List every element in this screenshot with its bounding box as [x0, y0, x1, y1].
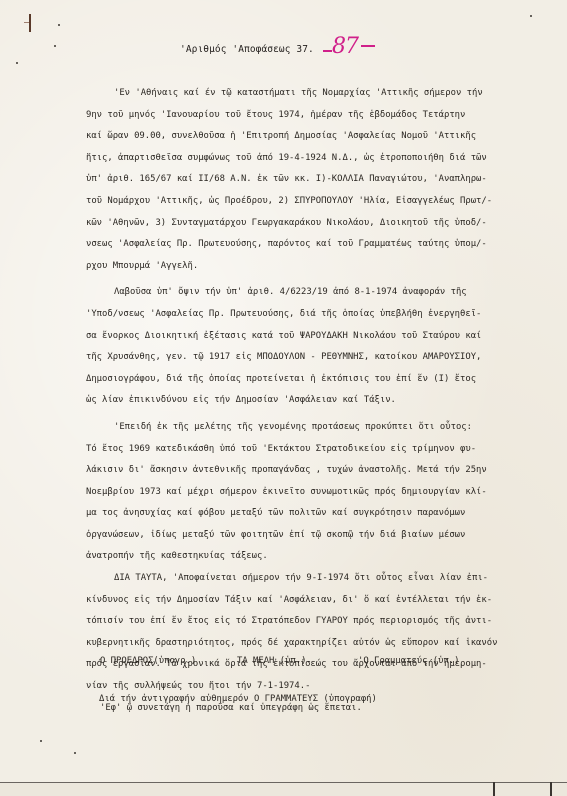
- text-line: ρχου Μπουρμά 'Αγγελῆ.: [86, 256, 526, 278]
- copy-certification: Διά τήν ἀντιγραφήν αὐθημερόν Ο ΓΡΑΜΜΑΤΕΥ…: [99, 694, 377, 704]
- decision-body: 'Εν 'Αθήναις καί έν τῷ καταστήματι τῆς Ν…: [86, 83, 526, 719]
- corner-pen-mark: [29, 14, 31, 32]
- text-line: σα ἔνορκος Διοικητική ἐξέτασις κατά τοῦ …: [86, 326, 526, 348]
- decision-number-title: 'Αριθμός 'Αποφάσεως 37.: [180, 44, 314, 55]
- text-line: κῶν 'Αθηνῶν, 3) Συνταγματάρχου Γεωργακαρ…: [86, 213, 526, 235]
- text-line: Νοεμβρίου 1973 καί μέχρι σήμερον ἐκινεῖτ…: [86, 482, 526, 504]
- ink-speck: [54, 45, 56, 47]
- text-line: λάκισιν δι' ἄσκησιν ἀντεθνικῆς προπαγάνδ…: [86, 460, 526, 482]
- text-line: ΔΙΑ ΤΑΥΤΑ, 'Αποφαίνεται σήμερον τήν 9-Ι-…: [86, 568, 526, 590]
- text-line: τοῦ Νομάρχου 'Αττικῆς, ὡς Προέδρου, 2) Σ…: [86, 191, 526, 213]
- ink-speck: [40, 740, 42, 742]
- handwritten-dash: [323, 50, 332, 52]
- text-line: Λαβοῦσα ὑπ' ὄψιν τήν ὑπ' ἀριθ. 4/6223/19…: [86, 282, 526, 304]
- signature-secretary: 'Ο Γραμματεύς (ὑπ.): [358, 656, 460, 666]
- text-line: κυβερνητικῆς δραστηριότητος, πρός δέ χαρ…: [86, 633, 526, 655]
- text-line: Τό ἔτος 1969 κατεδικάσθη ὑπό τοῦ 'Εκτάκτ…: [86, 439, 526, 461]
- paragraph-decision: ΔΙΑ ΤΑΥΤΑ, 'Αποφαίνεται σήμερον τήν 9-Ι-…: [86, 568, 526, 698]
- text-line: 'Εν 'Αθήναις καί έν τῷ καταστήματι τῆς Ν…: [86, 83, 526, 105]
- text-line: καί ὥραν 09.00, συνελθοῦσα ἡ 'Επιτροπή Δ…: [86, 126, 526, 148]
- text-line: 9ην τοῦ μηνός 'Ιανουαρίου τοῦ ἔτους 1974…: [86, 105, 526, 127]
- text-line: ἀνατροπήν τῆς καθεστηκυίας τάξεως.: [86, 546, 526, 568]
- text-line: κίνδυνος εἰς τήν Δημοσίαν Τάξιν καί 'Ασφ…: [86, 590, 526, 612]
- ink-speck: [530, 15, 532, 17]
- text-line: ὑπ' ἀριθ. 165/67 καί ΙΙ/68 Α.Ν. ἐκ τῶν κ…: [86, 169, 526, 191]
- text-line: μα τος ἀνησυχίας καί φόβου μεταξύ τῶν πο…: [86, 503, 526, 525]
- text-line: ἥτις, ἀπαρτισθεῖσα συμφώνως τοῦ ἀπό 19-4…: [86, 148, 526, 170]
- text-line: τῆς Χρυσάνθης, γεν. τῷ 1917 εἰς ΜΠΟΔΟΥΛΟ…: [86, 347, 526, 369]
- text-line: νσεως 'Ασφαλείας Πρ. Πρωτευούσης, παρόντ…: [86, 234, 526, 256]
- handwritten-dash: [361, 45, 375, 47]
- paragraph-committee-composition: 'Εν 'Αθήναις καί έν τῷ καταστήματι τῆς Ν…: [86, 83, 526, 277]
- edge-mark: [550, 782, 552, 796]
- handwritten-page-number: 87: [332, 34, 358, 59]
- scanned-page: 'Αριθμός 'Αποφάσεως 37. 87 'Εν 'Αθήναις …: [0, 0, 567, 796]
- ink-speck: [58, 24, 60, 26]
- paper-bottom-edge: [0, 782, 567, 796]
- ink-speck: [74, 752, 76, 754]
- text-line: τόπισίν του ἐπί ἕν ἔτος εἰς τό Στρατόπεδ…: [86, 611, 526, 633]
- edge-mark: [493, 782, 495, 796]
- text-line: 'Επειδή ἐκ τῆς μελέτης τῆς γενομένης προ…: [86, 417, 526, 439]
- paragraph-report-review: Λαβοῦσα ὑπ' ὄψιν τήν ὑπ' ἀριθ. 4/6223/19…: [86, 282, 526, 412]
- text-line: Δημοσιογράφου, διά τῆς ὁποίας προτείνετα…: [86, 369, 526, 391]
- signature-members: ΤΑ ΜΕΛΗ (ὑπ.): [237, 656, 306, 666]
- text-line: 'Υποδ/νσεως 'Ασφαλείας Πρ. Πρωτευούσης, …: [86, 304, 526, 326]
- document-header: 'Αριθμός 'Αποφάσεως 37. 87: [180, 40, 500, 62]
- paragraph-findings: 'Επειδή ἐκ τῆς μελέτης τῆς γενομένης προ…: [86, 417, 526, 568]
- ink-speck: [16, 62, 18, 64]
- text-line: ὡς λίαν ἐπικινδύνου εἰς τήν Δημοσίαν 'Ασ…: [86, 390, 526, 412]
- signature-block: Ο ΠΡΟΕΔΡΟΣ(ὑπογρ.) ΤΑ ΜΕΛΗ (ὑπ.) 'Ο Γραμ…: [100, 656, 520, 672]
- signature-president: Ο ΠΡΟΕΔΡΟΣ(ὑπογρ.): [100, 656, 196, 666]
- text-line: ὀργανώσεων, ἰδίως μεταξύ τῶν φοιτητῶν ἐπ…: [86, 525, 526, 547]
